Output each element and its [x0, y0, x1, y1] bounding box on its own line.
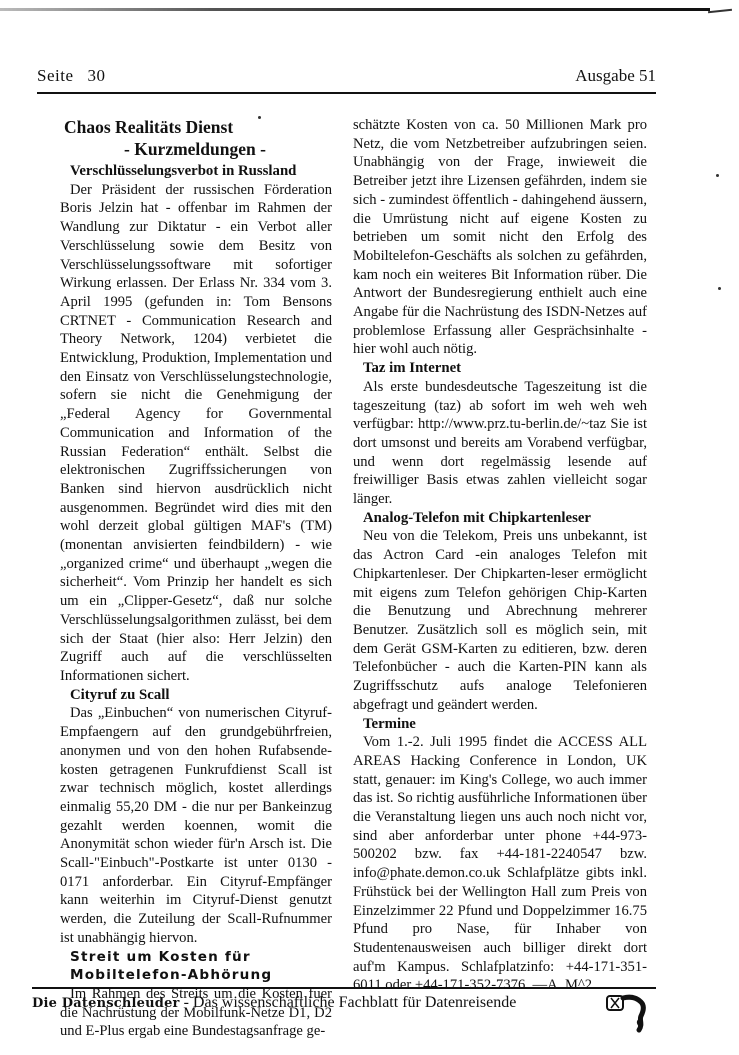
article-subtitle: - Kurzmeldungen -: [124, 138, 332, 160]
section-body: Vom 1.-2. Juli 1995 findet die ACCESS AL…: [353, 733, 647, 995]
section-heading: Termine: [353, 715, 647, 734]
page-number: 30: [88, 66, 106, 85]
footer-separator: -: [180, 994, 193, 1011]
scan-edge-mark: [708, 9, 732, 13]
section-body: Als erste bundesdeutsche Tageszeitung is…: [353, 378, 647, 509]
scan-speck: [716, 174, 719, 177]
section-heading: Verschlüsselungsverbot in Russland: [60, 162, 332, 181]
section-body-continued: schätzte Kosten von ca. 50 Millionen Mar…: [353, 116, 647, 359]
page-label: Seite: [37, 66, 74, 85]
section-heading: Analog-Telefon mit Chipkartenleser: [353, 509, 647, 528]
publication-name: Die Datenschleuder: [32, 996, 180, 1011]
issue-label: Ausgabe 51: [575, 66, 656, 86]
article-title: Chaos Realitäts Dienst: [64, 116, 332, 138]
section-heading: Streit um Kosten für Mobiltelefon-Abhöru…: [60, 948, 332, 985]
footer-tagline: Das wissenschaftliche Fachblatt für Date…: [193, 994, 516, 1011]
page-number-label: Seite30: [37, 66, 106, 86]
section-body: Der Präsident der russischen Förderation…: [60, 181, 332, 686]
scan-speck: [258, 116, 261, 119]
page-header: Seite30 Ausgabe 51: [37, 66, 656, 92]
section-body: Das „Einbuchen“ von numerischen Cityruf-…: [60, 704, 332, 947]
scan-speck: [718, 287, 721, 290]
right-column: schätzte Kosten von ca. 50 Millionen Mar…: [353, 116, 647, 995]
datenschleuder-logo-icon: [605, 990, 655, 1034]
section-body: Neu von die Telekom, Preis uns unbekannt…: [353, 527, 647, 714]
section-heading: Taz im Internet: [353, 359, 647, 378]
footer-rule: [32, 987, 656, 989]
left-column: Chaos Realitäts Dienst - Kurzmeldungen -…: [60, 116, 332, 1041]
section-heading: Cityruf zu Scall: [60, 686, 332, 705]
scan-edge-line: [0, 8, 710, 11]
header-rule: [37, 92, 656, 94]
footer: Die Datenschleuder - Das wissenschaftlic…: [32, 994, 516, 1012]
